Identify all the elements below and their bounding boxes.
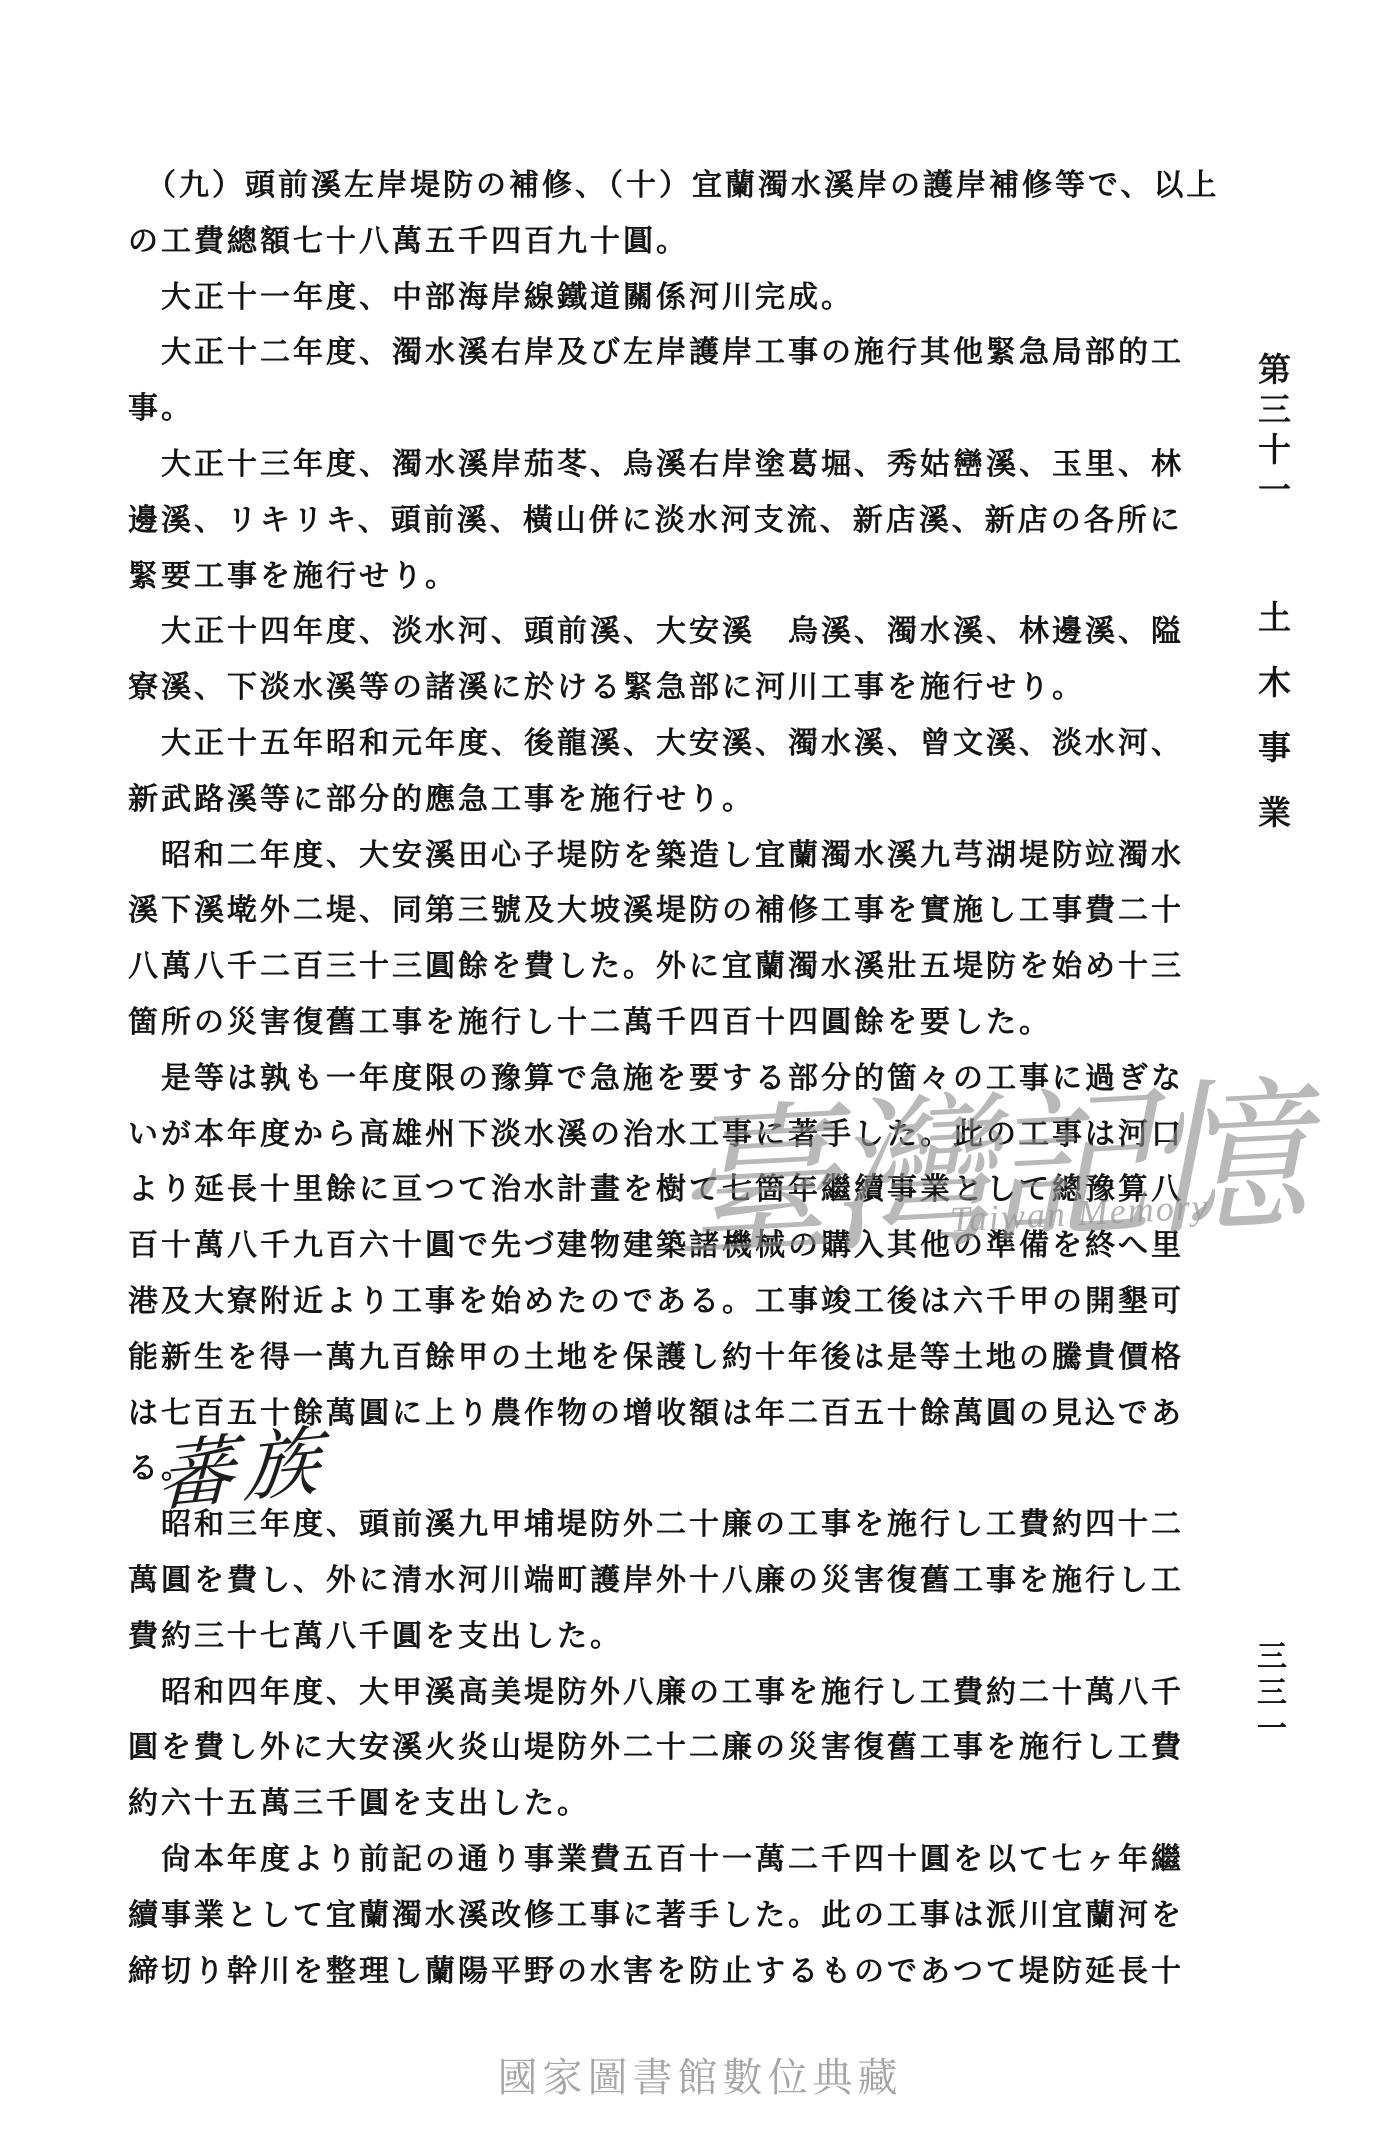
text-line: 百十萬八千九百六十圓で先づ建物建築諸機械の購入其他の準備を終へ里 [128,1218,1208,1274]
library-footer-watermark: 國家圖書館數位典藏 [498,2046,903,2103]
text-line: 費約三十七萬八千圓を支出した。 [128,1609,1208,1665]
text-line: 八萬八千二百三十三圓餘を費した。外に宜蘭濁水溪壯五堤防を始め十三 [128,939,1208,995]
text-line: 能新生を得一萬九百餘甲の土地を保護し約十年後は是等土地の騰貴價格 [128,1330,1208,1386]
handwritten-annotation: 蕃族 [157,1399,332,1527]
scanned-document-page: （九）頭前溪左岸堤防の補修、（十）宜蘭濁水溪岸の護岸補修等で、以上 の工費總額七… [0,0,1400,2130]
text-line: 締切り幹川を整理し蘭陽平野の水害を防止するものであつて堤防延長十 [128,1944,1208,2000]
text-line: 萬圓を費し、外に清水河川端町護岸外十八廉の災害復舊工事を施行し工 [128,1553,1208,1609]
text-line: 約六十五萬三千圓を支出した。 [128,1776,1208,1832]
text-line: 圓を費し外に大安溪火炎山堤防外二十二廉の災害復舊工事を施行し工費 [128,1720,1208,1776]
text-line: 大正十四年度、淡水河、頭前溪、大安溪 烏溪、濁水溪、林邊溪、隘 [128,604,1208,660]
text-line: （九）頭前溪左岸堤防の補修、（十）宜蘭濁水溪岸の護岸補修等で、以上 [128,158,1208,214]
text-line: の工費總額七十八萬五千四百九十圓。 [128,214,1208,270]
page-number: 三三一 [1246,1640,1290,1748]
text-line: 新武路溪等に部分的應急工事を施行せり。 [128,772,1208,828]
text-line: いが本年度から高雄州下淡水溪の治水工事に著手した。此の工事は河口 [128,1107,1208,1163]
text-line: 大正十二年度、濁水溪右岸及び左岸護岸工事の施行其他緊急局部的工 [128,325,1208,381]
text-line: 邊溪、リキリキ、頭前溪、橫山併に淡水河支流、新店溪、新店の各所に [128,493,1208,549]
margin-chapter-header: 第三十一 土木事業 [1248,352,1295,860]
body-text-column: （九）頭前溪左岸堤防の補修、（十）宜蘭濁水溪岸の護岸補修等で、以上 の工費總額七… [128,158,1208,1999]
text-line: 昭和四年度、大甲溪高美堤防外八廉の工事を施行し工費約二十萬八千 [128,1665,1208,1721]
text-line: 箇所の災害復舊工事を施行し十二萬千四百十四圓餘を要した。 [128,995,1208,1051]
text-line: 事。 [128,381,1208,437]
text-line: 大正十一年度、中部海岸線鐵道關係河川完成。 [128,270,1208,326]
chapter-number: 第三十一 [1253,352,1289,512]
text-line: 大正十五年昭和元年度、後龍溪、大安溪、濁水溪、曾文溪、淡水河、 [128,716,1208,772]
text-line: 緊要工事を施行せり。 [128,549,1208,605]
chapter-title: 土木事業 [1253,600,1289,860]
text-line: 是等は孰も一年度限の豫算で急施を要する部分的箇々の工事に過ぎな [128,1051,1208,1107]
text-line: 寮溪、下淡水溪等の諸溪に於ける緊急部に河川工事を施行せり。 [128,660,1208,716]
text-line: より延長十里餘に亘つて治水計畫を樹て七箇年繼續事業として總豫算八 [128,1162,1208,1218]
text-line: 續事業として宜蘭濁水溪改修工事に著手した。此の工事は派川宜蘭河を [128,1888,1208,1944]
text-line: 尙本年度より前記の通り事業費五百十一萬二千四十圓を以て七ヶ年繼 [128,1832,1208,1888]
text-line: 大正十三年度、濁水溪岸茄苳、烏溪右岸塗葛堀、秀姑巒溪、玉里、林 [128,437,1208,493]
text-line: 昭和二年度、大安溪田心子堤防を築造し宜蘭濁水溪九芎湖堤防竝濁水 [128,828,1208,884]
text-line: 港及大寮附近より工事を始めたのである。工事竣工後は六千甲の開墾可 [128,1274,1208,1330]
text-line: 溪下溪墘外二堤、同第三號及大坡溪堤防の補修工事を實施し工事費二十 [128,883,1208,939]
